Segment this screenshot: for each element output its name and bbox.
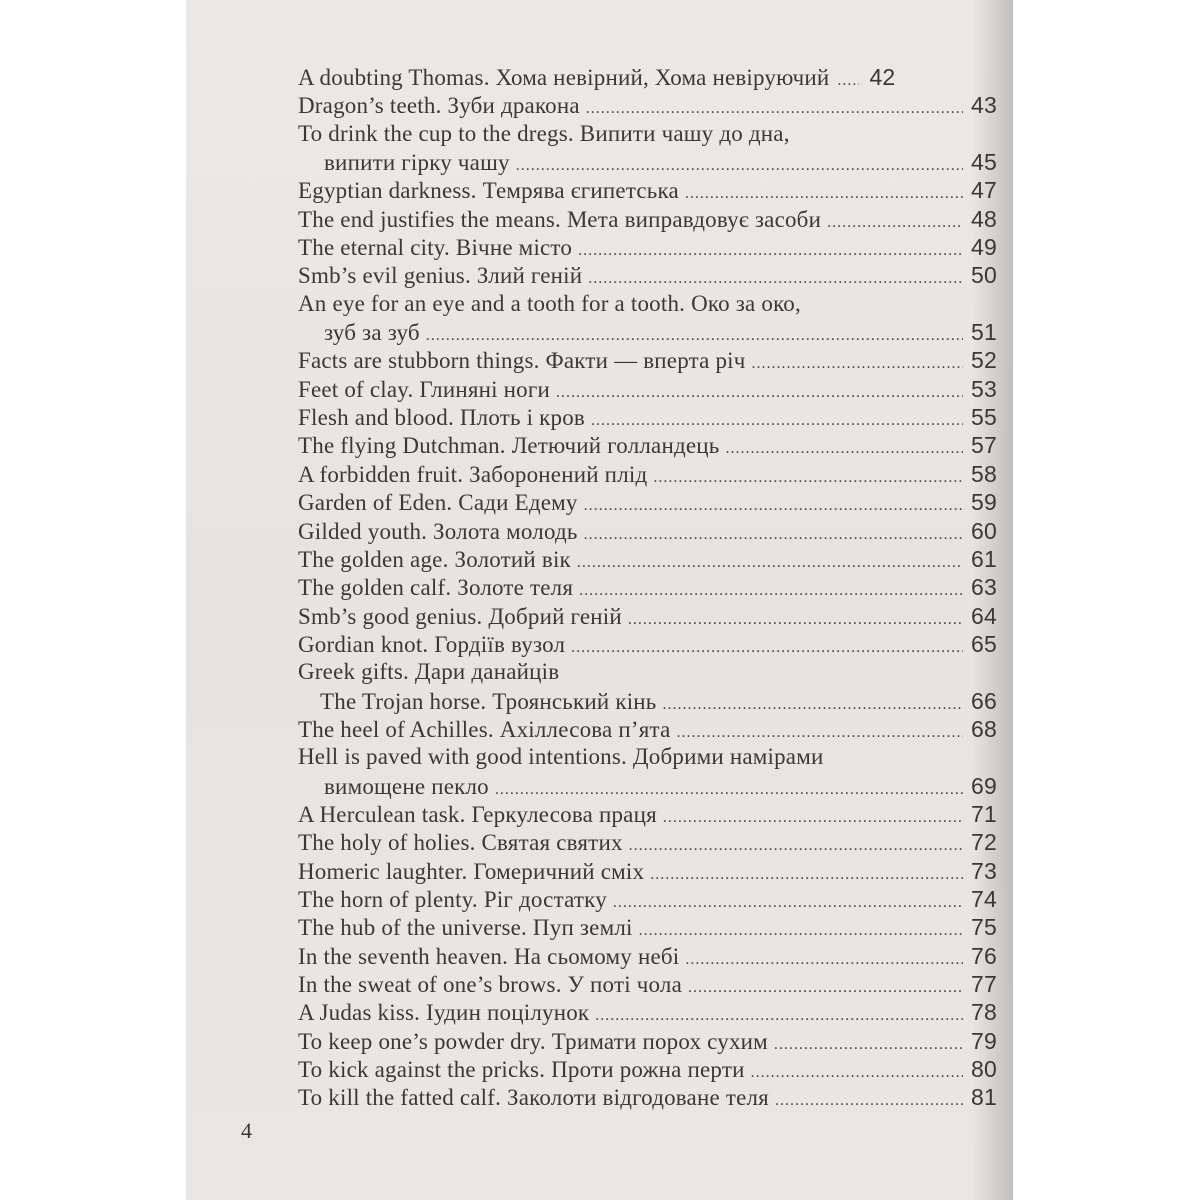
toc-entry: A doubting Thomas. Хома невірний, Хома н…: [298, 63, 997, 91]
toc-entry-title: Egyptian darkness. Темрява єгипетська: [298, 177, 679, 204]
toc-entry-continuation: випити гірку чашу 45: [298, 148, 997, 176]
toc-entry: An eye for an eye and a tooth for a toot…: [298, 290, 997, 318]
dot-leader: [628, 606, 963, 630]
toc-entry-page: 72: [969, 828, 997, 856]
toc-entry-page: 76: [969, 942, 997, 970]
toc-entry: The end justifies the means. Мета виправ…: [298, 205, 997, 233]
toc-entry-title: Dragon’s teeth. Зуби дракона: [298, 92, 580, 119]
toc-entry: The golden age. Золотий вік 61: [298, 545, 997, 573]
toc-entry-page: 58: [969, 460, 997, 488]
toc-entry: The holy of holies. Святая святих 72: [298, 828, 997, 856]
toc-entry-page: 64: [969, 602, 997, 630]
toc-entry-title: The flying Dutchman. Летючий голландець: [298, 432, 720, 459]
toc-entry-title: The end justifies the means. Мета виправ…: [298, 206, 821, 233]
dot-leader: [586, 95, 963, 119]
toc-entry-page: 57: [969, 431, 997, 459]
dot-leader: [495, 776, 963, 800]
toc-entry-title: Gordian knot. Гордіїв вузол: [298, 631, 565, 658]
toc-entry: Egyptian darkness. Темрява єгипетська 47: [298, 176, 997, 204]
toc-entry-page: 74: [969, 885, 997, 913]
dot-leader: [688, 974, 963, 998]
dot-leader: [516, 152, 963, 176]
toc-entry-page: 49: [969, 233, 997, 261]
dot-leader: [584, 492, 963, 516]
toc-entry: In the seventh heaven. На сьомому небі 7…: [298, 942, 997, 970]
toc-entry-page: 63: [969, 573, 997, 601]
toc-entry-title-continued: випити гірку чашу: [298, 149, 510, 176]
toc-entry: Dragon’s teeth. Зуби дракона 43: [298, 91, 997, 119]
toc-entry-continuation: зуб за зуб 51: [298, 318, 997, 346]
toc-entry: The hub of the universe. Пуп землі 75: [298, 913, 997, 941]
toc-entry: Feet of clay. Глиняні ноги 53: [298, 375, 997, 403]
toc-entry-page: 75: [969, 913, 997, 941]
dot-leader: [837, 67, 859, 91]
dot-leader: [426, 322, 963, 346]
dot-leader: [685, 946, 963, 970]
dot-leader: [650, 861, 963, 885]
toc-entry: Garden of Eden. Сади Едему 59: [298, 488, 997, 516]
dot-leader: [653, 464, 963, 488]
toc-entry-title: In the sweat of one’s brows. У поті чола: [298, 971, 682, 998]
dot-leader: [685, 180, 963, 204]
toc-entry: To kill the fatted calf. Заколоти відгод…: [298, 1083, 997, 1111]
toc-entry-title: Hell is paved with good intentions. Добр…: [298, 743, 823, 771]
toc-entry-page: 79: [969, 1027, 997, 1055]
toc-entry-page: 66: [969, 687, 997, 715]
toc-entry: A Herculean task. Геркулесова праця 71: [298, 800, 997, 828]
toc-entry-page: 45: [969, 148, 997, 176]
dot-leader: [775, 1087, 963, 1111]
dot-leader: [577, 549, 963, 573]
dot-leader: [677, 719, 963, 743]
toc-entry-page: 52: [969, 346, 997, 374]
toc-entry-page: 78: [969, 998, 997, 1026]
toc-entry: A forbidden fruit. Заборонений плід 58: [298, 460, 997, 488]
toc-entry-title: To kick against the pricks. Проти рожна …: [298, 1056, 745, 1083]
table-of-contents: A doubting Thomas. Хома невірний, Хома н…: [298, 63, 997, 1112]
toc-entry: To drink the cup to the dregs. Випити ча…: [298, 120, 997, 148]
dot-leader: [591, 407, 963, 431]
toc-entry-page: 68: [969, 715, 997, 743]
toc-entry-page: 80: [969, 1055, 997, 1083]
toc-entry: Smb’s good genius. Добрий геній 64: [298, 602, 997, 630]
toc-entry-page: 53: [969, 375, 997, 403]
toc-entry: Gordian knot. Гордіїв вузол 65: [298, 630, 997, 658]
toc-entry-title: Homeric laughter. Гомеричний сміх: [298, 858, 644, 885]
toc-entry-title-continued: зуб за зуб: [298, 319, 420, 346]
dot-leader: [827, 209, 963, 233]
toc-entry-page: 73: [969, 857, 997, 885]
toc-entry: To keep one’s powder dry. Тримати порох …: [298, 1027, 997, 1055]
dot-leader: [556, 379, 963, 403]
dot-leader: [726, 435, 964, 459]
toc-entry-title-continued: The Trojan horse. Троянський кінь: [298, 688, 656, 715]
toc-entry-title: Facts are stubborn things. Факти — вперт…: [298, 347, 746, 374]
dot-leader: [662, 691, 963, 715]
toc-entry-page: 61: [969, 545, 997, 573]
toc-entry-title: Garden of Eden. Сади Едему: [298, 489, 578, 516]
dot-leader: [588, 265, 963, 289]
toc-entry: The heel of Achilles. Ахіллесова п’ята 6…: [298, 715, 997, 743]
toc-entry: Flesh and blood. Плоть і кров 55: [298, 403, 997, 431]
toc-entry-page: 71: [969, 800, 997, 828]
toc-entry-continuation: вимощене пекло 69: [298, 772, 997, 800]
toc-entry-title: A doubting Thomas. Хома невірний, Хома н…: [298, 64, 829, 91]
toc-entry: The eternal city. Вічне місто 49: [298, 233, 997, 261]
toc-entry-title: The eternal city. Вічне місто: [298, 234, 572, 261]
toc-entry: The horn of plenty. Ріг достатку 74: [298, 885, 997, 913]
toc-entry-title: The horn of plenty. Ріг достатку: [298, 886, 607, 913]
toc-entry: A Judas kiss. Іудин поцілунок 78: [298, 998, 997, 1026]
toc-entry: Smb’s evil genius. Злий геній 50: [298, 261, 997, 289]
toc-entry-continuation: The Trojan horse. Троянський кінь 66: [298, 687, 997, 715]
dot-leader: [629, 832, 963, 856]
toc-entry-page: 48: [969, 205, 997, 233]
dot-leader: [613, 889, 963, 913]
dot-leader: [751, 1059, 963, 1083]
toc-entry: Homeric laughter. Гомеричний сміх 73: [298, 857, 997, 885]
dot-leader: [639, 917, 963, 941]
toc-entry-title: Smb’s evil genius. Злий геній: [298, 262, 582, 289]
toc-entry-page: 65: [969, 630, 997, 658]
toc-entry: Gilded youth. Золота молодь 60: [298, 517, 997, 545]
toc-entry-title-continued: вимощене пекло: [298, 773, 489, 800]
dot-leader: [571, 634, 963, 658]
toc-entry-page: 51: [969, 318, 997, 346]
page-number: 4: [241, 1118, 252, 1144]
toc-entry-title: To keep one’s powder dry. Тримати порох …: [298, 1028, 768, 1055]
toc-entry-title: A forbidden fruit. Заборонений плід: [298, 461, 647, 488]
toc-entry-page: 81: [969, 1083, 997, 1111]
toc-entry-title: To drink the cup to the dregs. Випити ча…: [298, 120, 790, 148]
toc-entry-title: The golden calf. Золоте теля: [298, 574, 573, 601]
toc-entry-title: A Herculean task. Геркулесова праця: [298, 801, 657, 828]
toc-entry-title: The hub of the universe. Пуп землі: [298, 914, 633, 941]
toc-entry-page: 60: [969, 517, 997, 545]
toc-entry-page: 47: [969, 176, 997, 204]
dot-leader: [774, 1031, 963, 1055]
toc-entry: In the sweat of one’s brows. У поті чола…: [298, 970, 997, 998]
toc-entry-page: 42: [867, 63, 895, 91]
toc-entry-title: An eye for an eye and a tooth for a toot…: [298, 290, 801, 318]
toc-entry: Facts are stubborn things. Факти — вперт…: [298, 346, 997, 374]
toc-entry-title: The golden age. Золотий вік: [298, 546, 571, 573]
toc-entry-title: Greek gifts. Дари данайців: [298, 658, 559, 686]
toc-entry-title: The holy of holies. Святая святих: [298, 829, 623, 856]
dot-leader: [595, 1002, 963, 1026]
dot-leader: [579, 577, 963, 601]
dot-leader: [663, 804, 963, 828]
toc-entry-title: Flesh and blood. Плоть і кров: [298, 404, 585, 431]
toc-entry-page: 77: [969, 970, 997, 998]
dot-leader: [578, 237, 963, 261]
toc-entry: To kick against the pricks. Проти рожна …: [298, 1055, 997, 1083]
dot-leader: [584, 521, 963, 545]
dot-leader: [752, 350, 963, 374]
toc-entry-title: In the seventh heaven. На сьомому небі: [298, 943, 679, 970]
toc-entry-title: The heel of Achilles. Ахіллесова п’ята: [298, 716, 671, 743]
toc-entry-page: 43: [969, 91, 997, 119]
toc-entry-page: 55: [969, 403, 997, 431]
toc-entry-page: 50: [969, 261, 997, 289]
toc-entry-title: A Judas kiss. Іудин поцілунок: [298, 999, 589, 1026]
toc-entry: The golden calf. Золоте теля 63: [298, 573, 997, 601]
toc-entry: Greek gifts. Дари данайців: [298, 658, 997, 686]
toc-entry: Hell is paved with good intentions. Добр…: [298, 743, 997, 771]
toc-entry-title: Feet of clay. Глиняні ноги: [298, 376, 550, 403]
toc-entry-page: 59: [969, 488, 997, 516]
toc-entry-title: Smb’s good genius. Добрий геній: [298, 603, 622, 630]
toc-entry-page: 69: [969, 772, 997, 800]
toc-entry: The flying Dutchman. Летючий голландець …: [298, 431, 997, 459]
toc-entry-title: To kill the fatted calf. Заколоти відгод…: [298, 1084, 769, 1111]
toc-entry-title: Gilded youth. Золота молодь: [298, 518, 578, 545]
